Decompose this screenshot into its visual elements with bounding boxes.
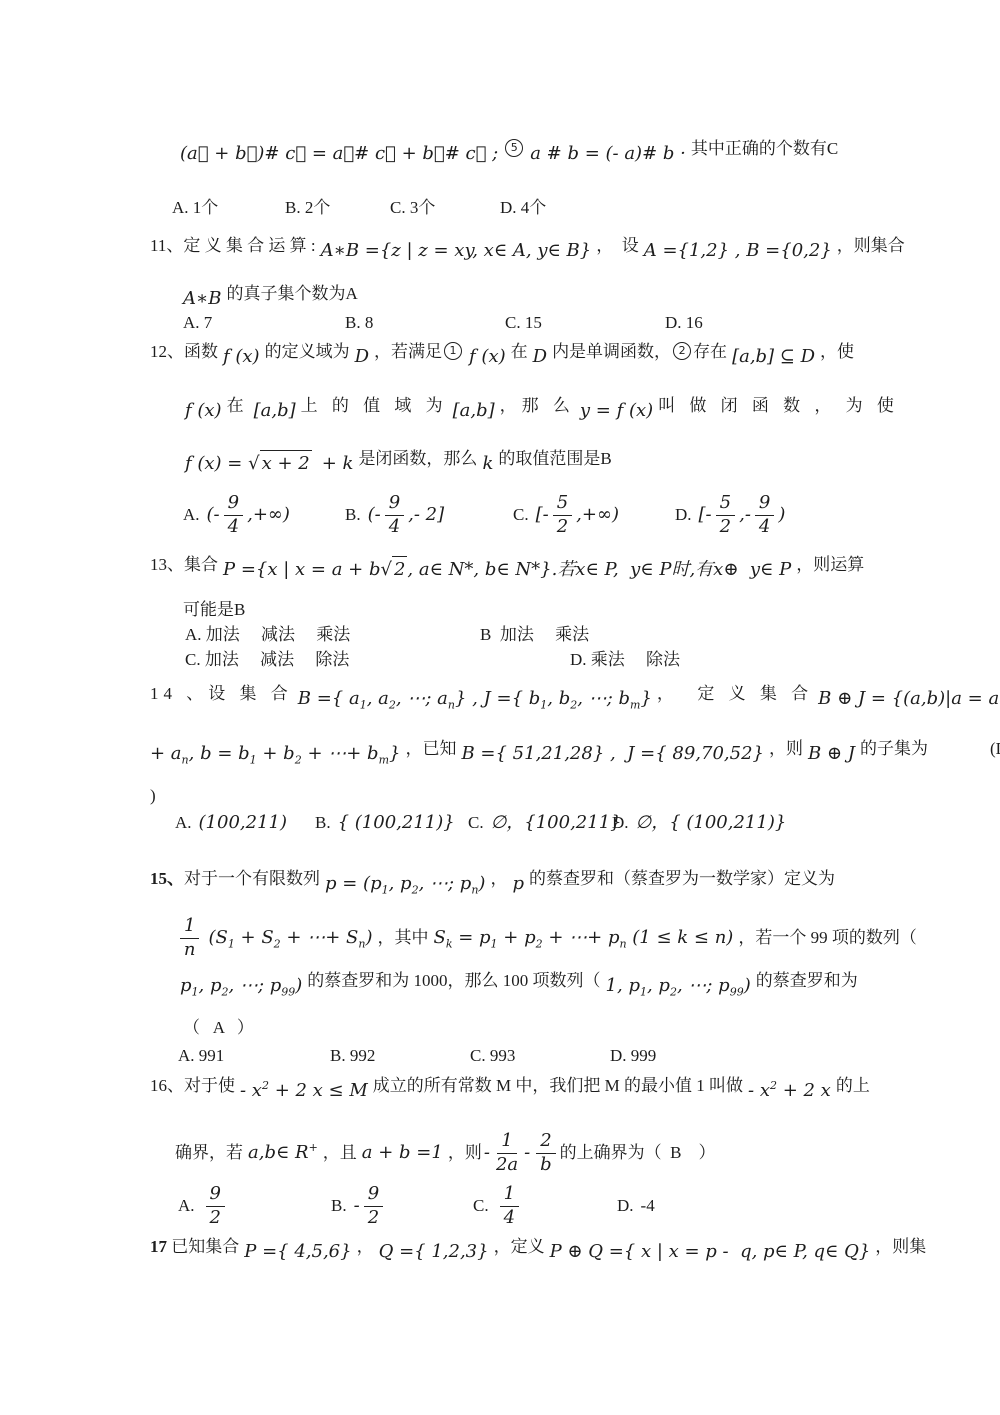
q14-answer-open: (D [990, 739, 1000, 758]
math-minus-sign: - [524, 1140, 530, 1165]
q17-text: ， [357, 1237, 374, 1256]
q15-stem-line1: 15、对于一个有限数列p = (p1, p2, ⋯; pn)，p的蔡查罗和（蔡查… [150, 866, 835, 891]
q12-text: ，那 么 [500, 396, 575, 415]
q14-text: ， 定 义 集 合 [657, 684, 813, 703]
math-ordered-pair: (100,211) [199, 810, 287, 835]
q13-tail-text: ，则运算 [796, 555, 864, 574]
q17-lead-text: 已知集合 [167, 1237, 239, 1256]
option-a-label: A. [178, 1194, 195, 1218]
option-b: B.(-94,- 2] [345, 493, 513, 537]
math-emptyset-and-set: ∅，{100,211} [491, 810, 622, 835]
fraction: 12a [496, 1131, 518, 1175]
q11-mid-text: ， 设 [596, 236, 639, 255]
math-set-q: Q ={ 1,2,3} [379, 1239, 489, 1264]
q14-answer-close-line: ) [150, 784, 156, 808]
math-inequality-m: - x2 + 2 x ≤ M [240, 1078, 368, 1103]
math-y-equals-fx: y = f (x) [580, 398, 653, 423]
option-d-label: D. [617, 1194, 634, 1218]
q12-options-row: A.(-94,+∞) B.(-94,- 2] C.[-52,+∞) D.[-52… [183, 489, 785, 541]
math-set-p-prefix: P ={x | x = a + b√ [223, 557, 392, 582]
option-b: B. 992 [330, 1044, 470, 1068]
q15-number: 15、 [150, 869, 184, 888]
q12-text: 内是单调函数， [552, 342, 671, 361]
q11-options-row: A. 7B. 8C. 15D. 16 [183, 311, 703, 335]
q16-stem-line1: 16、对于使- x2 + 2 x ≤ M成立的所有常数 M 中，我们把 M 的最… [150, 1073, 870, 1098]
radicand: x + 2 [260, 450, 312, 476]
fraction-denominator: 2 [368, 1207, 379, 1229]
fraction-numerator: 9 [206, 1184, 225, 1207]
fraction: 52 [553, 493, 572, 537]
q17-stem-line1: 17 已知集合P ={ 4,5,6}，Q ={ 1,2,3}，定义P ⊕ Q =… [150, 1234, 926, 1259]
fraction-numerator: 9 [755, 493, 774, 516]
q15-options-row: A. 991B. 992C. 993D. 999 [178, 1044, 656, 1068]
q10-answer-text: 其中正确的个数有C [691, 139, 838, 158]
math-emptyset-and-pair-set: ∅，{ (100,211)} [636, 810, 787, 835]
q16-text: 成立的所有常数 M 中，我们把 M 的最小值 1 叫做 [373, 1076, 743, 1095]
q15-text: 的蔡查罗和为 [756, 971, 858, 990]
q16-stem-line2: 确界，若a,b∈ R+，且a + b =1，则-12a-2b的上确界为（ B ） [175, 1128, 716, 1178]
option-c-label: C. [473, 1194, 489, 1218]
option-d-value: -4 [641, 1194, 655, 1218]
q17-text: ，则集 [875, 1237, 926, 1256]
fraction-denominator: b [540, 1154, 552, 1176]
option-d: D.∅，{ (100,211)} [612, 810, 786, 835]
option-b: B.{ (100,211)} [315, 810, 468, 835]
q12-text: 的定义域为 [265, 342, 350, 361]
fraction-denominator: 2a [496, 1154, 518, 1176]
q14-lead-text: 14 、设 集 合 [150, 684, 293, 703]
q16-text: ，则 [448, 1141, 482, 1165]
q12-text: ，若满足 [374, 342, 442, 361]
fraction-numerator: 9 [385, 493, 404, 516]
q13-options-row2: C. 加法 减法 除法D. 乘法 除法 [185, 648, 680, 672]
math-a-star-b: A∗B [183, 286, 221, 311]
math-bplusj-continuation: + an, b = b1 + b2 + ⋯+ bm} [150, 741, 400, 766]
fraction: 14 [500, 1184, 519, 1228]
math-quadratic: - x2 + 2 x [748, 1078, 831, 1103]
fraction-numerator: 9 [224, 493, 243, 516]
q11-stem-line1: 11、定 义 集 合 运 算 :A∗B ={z | z = xy, x∈ A, … [150, 233, 905, 258]
q12-text: 是闭函数，那么 [358, 449, 477, 468]
q12-stem-line3: f (x) = √x + 2+ k是闭函数，那么k的取值范围是B [185, 445, 612, 471]
circled-digit-1-icon: 1 [444, 342, 462, 360]
q11-stem-line2: A∗B的真子集个数为A [183, 281, 358, 306]
q13-stem-line1: 13、集合P ={x | x = a + b√2, a∈ N*, b∈ N*}.… [150, 551, 864, 577]
fraction-denominator: 2 [557, 516, 568, 538]
q12-lead-text: 12、函数 [150, 342, 218, 361]
math-a-b-positive-reals: a,b∈ R+ [248, 1140, 318, 1165]
math-p-oplus-q-definition: P ⊕ Q ={ x | x = p - q, p∈ P, q∈ Q} [550, 1239, 871, 1264]
q13-answer-text: 可能是B [183, 600, 245, 619]
fraction-denominator: 2 [720, 516, 731, 538]
option-a: A. 加法 减法 乘法 [185, 623, 480, 647]
option-c-label: C. [468, 811, 484, 835]
q14-stem-line2: + an, b = b1 + b2 + ⋯+ bm}，已知B ={ 51,21,… [150, 736, 1000, 761]
q15-text: 的蔡查罗和为 1000，那么 100 项数列（ [307, 971, 600, 990]
option-c: C.∅，{100,211} [468, 810, 612, 835]
q11-lead-text: 11、定 义 集 合 运 算 : [150, 236, 316, 255]
q15-text: ，若一个 99 项的数列（ [738, 926, 917, 950]
option-d: D. 4个 [500, 196, 546, 220]
q16-text: 确界，若 [175, 1141, 243, 1165]
math-close: ) [778, 502, 785, 527]
math-sk-definition: Sk = p1 + p2 + ⋯+ pn (1 ≤ k ≤ n) [433, 925, 733, 950]
q14-text: ，已知 [405, 739, 456, 758]
option-d: D.[-52,-94) [675, 493, 785, 537]
q15-answer-line: （ A ） [183, 1016, 254, 1040]
math-a-plus-b: a + b =1 [362, 1140, 443, 1165]
option-a: A.(100,211) [175, 810, 315, 835]
fraction-denominator: 4 [228, 516, 239, 538]
q12-text: 上 的 值 域 为 [301, 396, 448, 415]
q12-text: 存在 [693, 342, 727, 361]
q17-text: ，定义 [494, 1237, 545, 1256]
math-set-of-pair: { (100,211)} [338, 810, 455, 835]
math-bplusj-definition: B ⊕ J = {(a,b)|a = a1 + a2 + ⋯ [818, 686, 1000, 711]
math-set-operation-definition: A∗B ={z | z = xy, x∈ A, y∈ B} [321, 238, 592, 263]
fraction: 2b [536, 1131, 555, 1175]
q12-stem-line1: 12、函数f (x)的定义域为D，若满足1f (x)在D内是单调函数，2存在[a… [150, 339, 854, 364]
q14-stem-line1: 14 、设 集 合B ={ a1, a2, ⋯; an} , J ={ b1, … [150, 681, 1000, 706]
math-mid: ,- [739, 502, 751, 527]
option-a: A. 991 [178, 1044, 330, 1068]
q15-stem-line3: p1, p2, ⋯; p99)的蔡查罗和为 1000，那么 100 项数列（1,… [180, 968, 858, 993]
q12-stem-line2: f (x)在[a,b]上 的 值 域 为[a,b]，那 么y = f (x)叫 … [185, 393, 899, 418]
option-a-label: A. [175, 811, 192, 835]
math-interval: [a,b] [254, 398, 296, 423]
q15-text: 的蔡查罗和（蔡查罗为一数学家）定义为 [529, 869, 835, 888]
q16-text: 的上 [836, 1076, 870, 1095]
math-open-bracket: [- [536, 502, 549, 527]
fraction-numerator: 1 [497, 1131, 516, 1154]
fraction: 1n [180, 916, 199, 960]
q11-tail-text: ，则集合 [837, 236, 905, 255]
q14-options-row: A.(100,211) B.{ (100,211)} C.∅，{100,211}… [175, 810, 786, 835]
option-b-label: B. [331, 1194, 347, 1218]
circled-digit-5-icon: 5 [505, 139, 523, 157]
q16-answer: （ B ） [645, 1141, 716, 1165]
option-b: B. 8 [345, 311, 505, 335]
option-c: C. 加法 减法 除法 [185, 648, 570, 672]
math-fx: f (x) [185, 398, 222, 423]
q13-options-row1: A. 加法 减法 乘法B 加法 乘法 [185, 623, 589, 647]
option-c: C. 993 [470, 1044, 610, 1068]
math-open-paren: (- [207, 502, 220, 527]
option-d: D. 16 [665, 311, 703, 335]
math-minus-sign: - [354, 1193, 360, 1218]
q13-stem-line2: 可能是B [183, 598, 245, 622]
option-a: A. 7 [183, 311, 345, 335]
math-given-sets: B ={ 51,21,28} , J ={ 89,70,52} [461, 741, 764, 766]
math-minus-sign: - [484, 1140, 490, 1165]
math-sequence-100: 1, p1, p2, ⋯; p99) [606, 973, 751, 998]
option-a: A. 1个 [172, 196, 285, 220]
fraction: 94 [385, 493, 404, 537]
math-open-bracket: [- [699, 502, 712, 527]
q15-answer: （ A ） [183, 1018, 254, 1037]
fraction-numerator: 1 [180, 916, 199, 939]
math-negation-expression: a # b = (- a)# b · [530, 141, 686, 166]
option-a: A.(-94,+∞) [183, 493, 345, 537]
q12-text: ，使 [820, 342, 854, 361]
fraction: 94 [755, 493, 774, 537]
fraction-denominator: 2 [210, 1207, 221, 1229]
option-c: C.[-52,+∞) [513, 493, 675, 537]
math-vector-distributive-expression: (a⃗ + b⃗)# c⃗ = a⃗# c⃗ + b⃗# c⃗ ; [180, 141, 498, 166]
q12-text: 在 [511, 342, 528, 361]
option-d-label: D. [675, 503, 692, 527]
math-b-oplus-j: B ⊕ J [808, 741, 855, 766]
q15-text: ，其中 [377, 926, 428, 950]
option-d: D. 999 [610, 1044, 656, 1068]
option-a-label: A. [183, 503, 200, 527]
fraction-denominator: 4 [759, 516, 770, 538]
fraction: 94 [224, 493, 243, 537]
option-b: B. 2个 [285, 196, 390, 220]
math-open-paren: (- [368, 502, 381, 527]
q16-text: ，且 [323, 1141, 357, 1165]
math-interval: [a,b] [453, 398, 495, 423]
q12-text: 在 [227, 396, 249, 415]
math-sets-a-b: A ={1,2} , B ={0,2} [644, 238, 832, 263]
q10-options-row: A. 1个B. 2个C. 3个D. 4个 [172, 196, 546, 220]
option-c: C. 3个 [390, 196, 500, 220]
math-set-p: P ={ 4,5,6} [244, 1239, 351, 1264]
math-close: ,- 2] [408, 502, 444, 527]
math-interval-subset: [a,b] ⊆ D [732, 344, 815, 369]
math-fx: f (x) [223, 344, 260, 369]
math-set-p-suffix: , a∈ N*, b∈ N*}.若x∈ P, y∈ P时,有x⊕ y∈ P [407, 557, 791, 582]
q14-answer-close: ) [150, 786, 156, 805]
option-b: B.-92 [331, 1184, 473, 1228]
fraction: 52 [716, 493, 735, 537]
math-sqrt-prefix: f (x) = √ [185, 451, 260, 476]
q11-question-text: 的真子集个数为A [226, 284, 357, 303]
math-sequence-p: p = (p1, p2, ⋯; pn) [325, 871, 485, 896]
fraction-numerator: 2 [536, 1131, 555, 1154]
option-b: B 加法 乘法 [480, 623, 589, 647]
exam-document-page: (a⃗ + b⃗)# c⃗ = a⃗# c⃗ + b⃗# c⃗ ;5a # b … [0, 0, 1000, 1415]
option-c-label: C. [513, 503, 529, 527]
q10-formula-line: (a⃗ + b⃗)# c⃗ = a⃗# c⃗ + b⃗# c⃗ ;5a # b … [180, 136, 838, 161]
math-plus-k: + k [322, 451, 354, 476]
option-c: C.14 [473, 1184, 617, 1228]
math-close: ,+∞) [576, 502, 619, 527]
q17-number: 17 [150, 1237, 167, 1256]
math-fx: f (x) [469, 344, 506, 369]
q16-lead-text: 16、对于使 [150, 1076, 235, 1095]
radicand: 2 [392, 556, 407, 582]
fraction-numerator: 1 [500, 1184, 519, 1207]
option-b-label: B. [315, 811, 331, 835]
fraction: 92 [364, 1184, 383, 1228]
fraction-numerator: 9 [364, 1184, 383, 1207]
fraction: 92 [206, 1184, 225, 1228]
math-p: p [512, 871, 524, 896]
q15-lead-text: 对于一个有限数列 [184, 869, 320, 888]
math-sets-b-j: B ={ a1, a2, ⋯; an} , J ={ b1, b2, ⋯; bm… [298, 686, 652, 711]
math-domain-d: D [533, 344, 547, 369]
fraction-denominator: n [184, 939, 196, 961]
fraction-numerator: 5 [553, 493, 572, 516]
q14-text: ，则 [769, 739, 803, 758]
q16-options-row: A.92 B.-92 C.14 D.-4 [178, 1178, 655, 1234]
option-c: C. 15 [505, 311, 665, 335]
math-domain-d: D [355, 344, 369, 369]
math-k: k [482, 451, 493, 476]
math-sum-of-s: (S1 + S2 + ⋯+ Sn) [208, 925, 372, 950]
option-b-label: B. [345, 503, 361, 527]
q16-text: 的上确界为 [560, 1141, 645, 1165]
option-d: D.-4 [617, 1194, 655, 1218]
q15-text: ， [490, 869, 507, 888]
option-d: D. 乘法 除法 [570, 648, 680, 672]
fraction-denominator: 4 [389, 516, 400, 538]
q12-answer-text: 的取值范围是B [498, 449, 611, 468]
fraction-denominator: 4 [504, 1207, 515, 1229]
math-sequence-99: p1, p2, ⋯; p99) [180, 973, 302, 998]
fraction-numerator: 5 [716, 493, 735, 516]
q12-text: 叫 做 闭 函 数 ， 为 使 [658, 396, 899, 415]
math-close: ,+∞) [247, 502, 290, 527]
option-a: A.92 [178, 1184, 331, 1228]
q15-stem-line2: 1n(S1 + S2 + ⋯+ Sn)，其中Sk = p1 + p2 + ⋯+ … [180, 912, 917, 964]
q14-text: 的子集为 [860, 739, 928, 758]
q13-lead-text: 13、集合 [150, 555, 218, 574]
circled-digit-2-icon: 2 [673, 342, 691, 360]
